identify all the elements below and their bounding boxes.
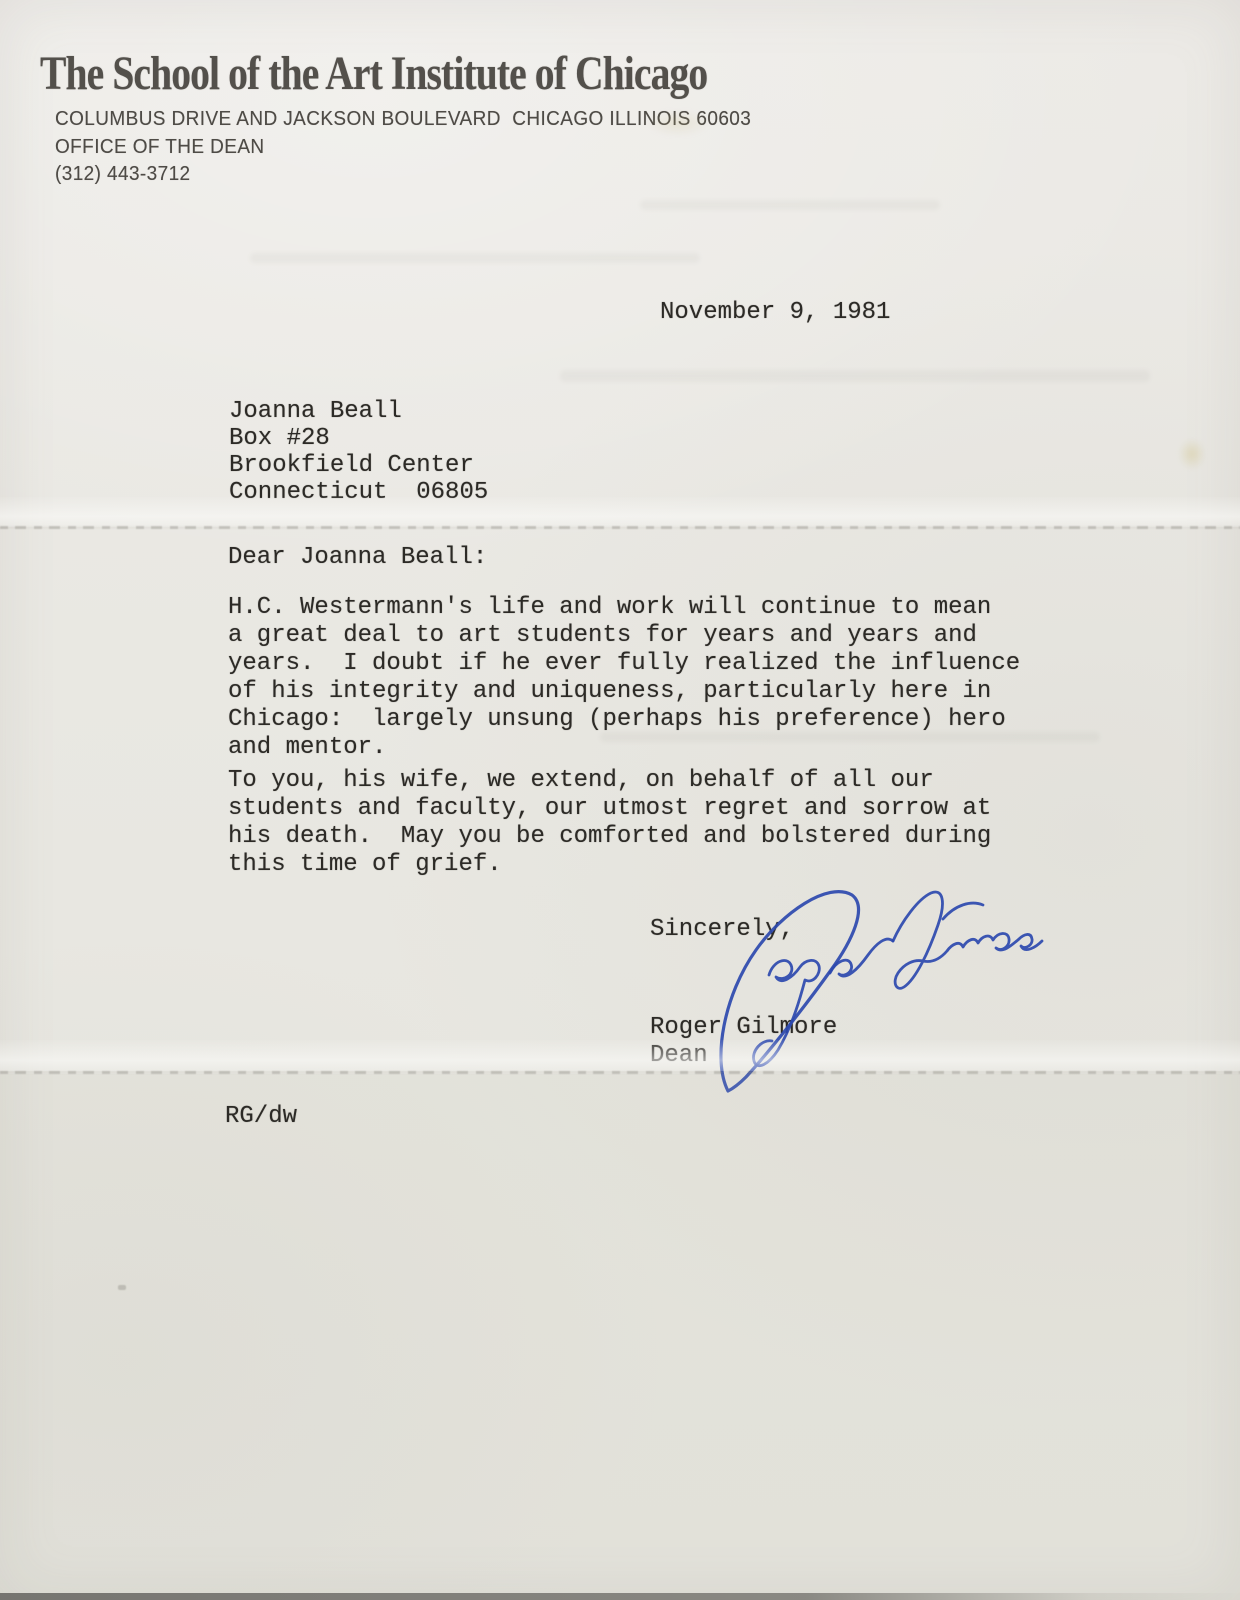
paper-speck <box>118 1285 126 1290</box>
body-paragraph-2: To you, his wife, we extend, on behalf o… <box>228 767 991 879</box>
signature-handwritten <box>650 855 1050 1100</box>
recipient-address: Joanna Beall Box #28 Brookfield Center C… <box>229 398 488 506</box>
closing: Sincerely, <box>650 916 794 944</box>
ghost-impression <box>250 253 700 263</box>
ghost-impression <box>560 370 1150 382</box>
signer-name: Roger Gilmore <box>650 1014 837 1042</box>
paper-lower-tint <box>0 1074 1240 1600</box>
letterhead-office-line: OFFICE OF THE DEAN <box>55 136 265 159</box>
letterhead-address-line: COLUMBUS DRIVE AND JACKSON BOULEVARD CHI… <box>55 108 751 131</box>
fold-crease-highlight <box>0 1040 1240 1071</box>
scan-edge <box>0 1593 1240 1600</box>
reference-initials: RG/dw <box>225 1103 297 1131</box>
fold-crease-highlight <box>0 497 1240 527</box>
letter-date: November 9, 1981 <box>660 299 890 327</box>
fold-crease <box>0 1071 1240 1074</box>
signer-title: Dean <box>650 1042 708 1070</box>
scanned-letter-page: The School of the Art Institute of Chica… <box>0 0 1240 1600</box>
letterhead-phone: (312) 443-3712 <box>55 163 191 186</box>
salutation: Dear Joanna Beall: <box>228 544 487 572</box>
letterhead-org-name: The School of the Art Institute of Chica… <box>40 46 707 101</box>
body-paragraph-1: H.C. Westermann's life and work will con… <box>228 594 1020 762</box>
paper-stain <box>1178 438 1206 470</box>
ghost-impression <box>640 200 940 210</box>
fold-crease <box>0 526 1240 529</box>
